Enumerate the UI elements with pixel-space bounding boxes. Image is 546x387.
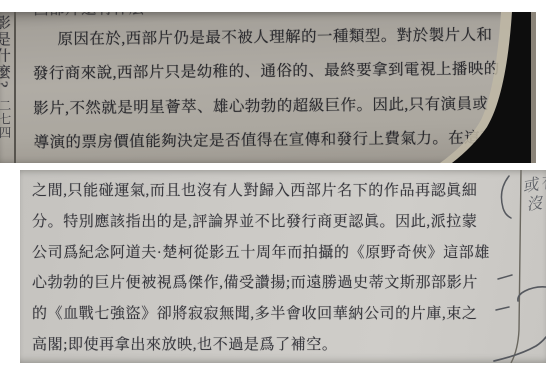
handwriting-note-line2: 沒有 [525, 188, 546, 215]
screenshot-canvas: 西部片還有什麼 原因在於,西部片仍是最不被人理解的一種類型。對於製片人和 發行商… [0, 0, 546, 387]
bottom-page-photo: 之間,只能碰運氣,而且也沒有人對歸入西部片名下的作品再認眞細 分。特別應該指出的… [20, 170, 546, 363]
margin-annotation-marks [20, 170, 546, 363]
top-page-photo: 西部片還有什麼 原因在於,西部片仍是最不被人理解的一種類型。對於製片人和 發行商… [0, 12, 536, 163]
page-edge-shadow [0, 12, 536, 163]
